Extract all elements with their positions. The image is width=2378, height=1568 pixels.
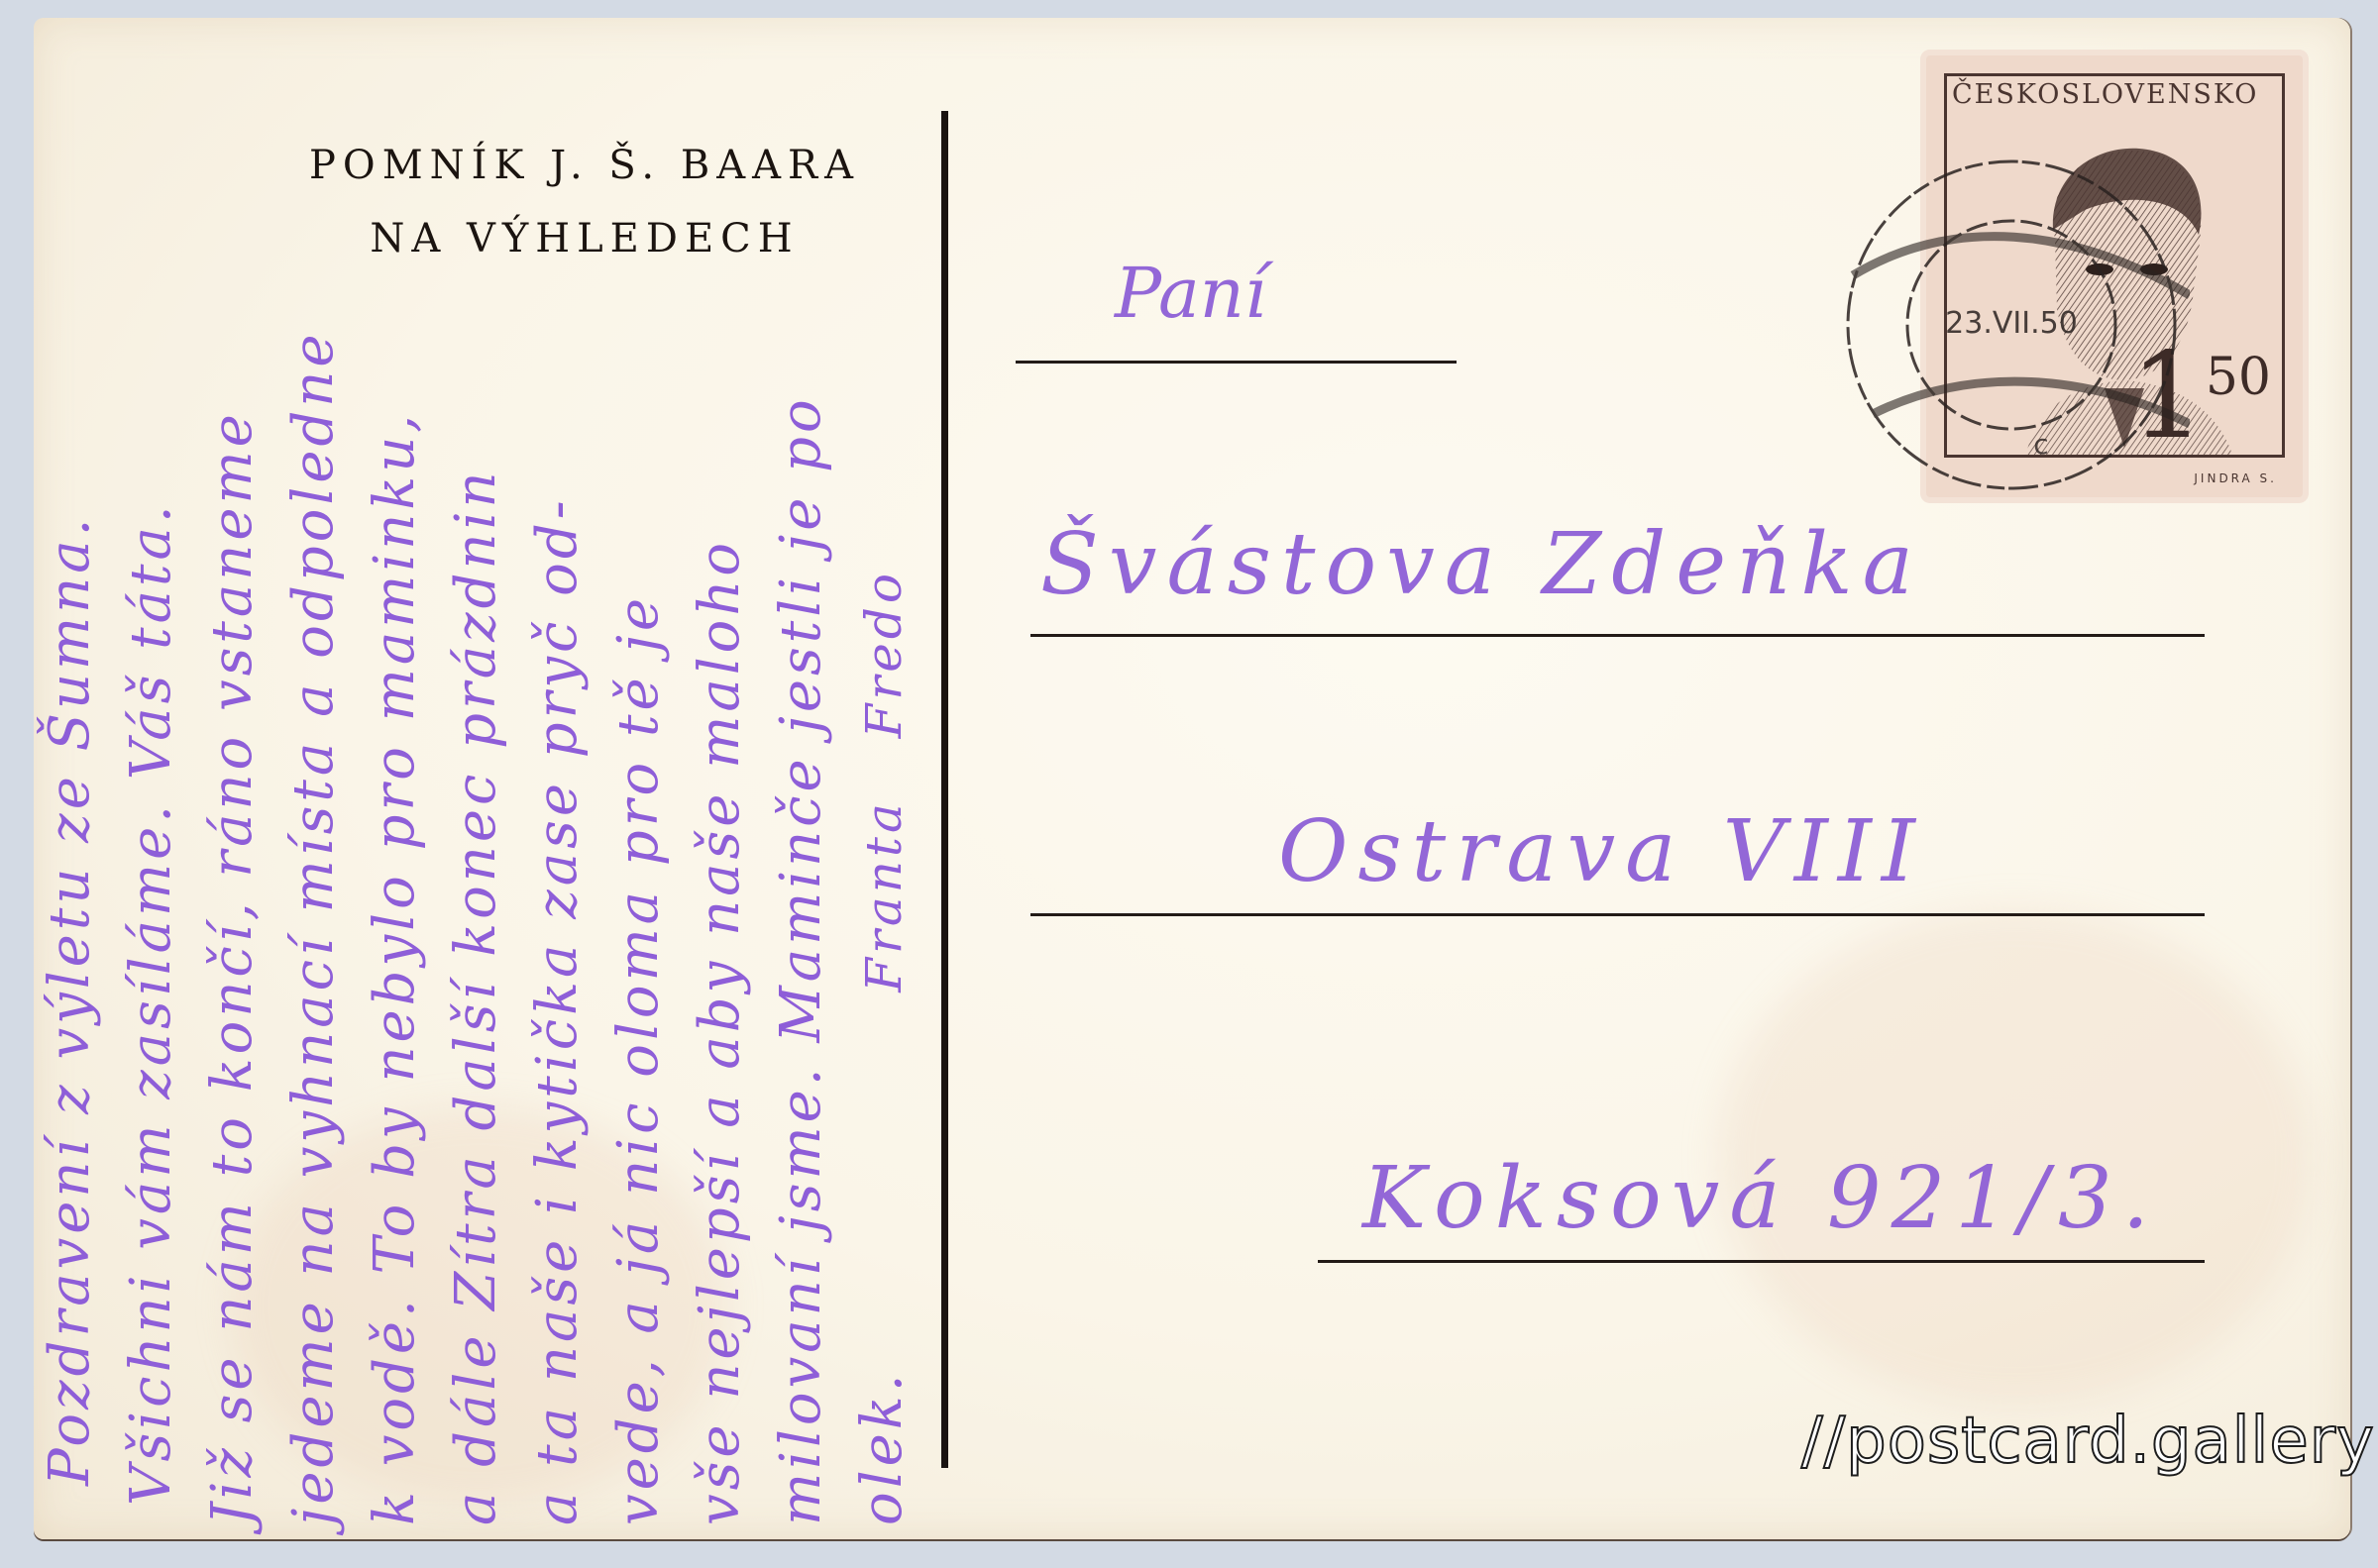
stamp-country: ČESKOSLOVENSKO <box>1952 79 2258 110</box>
address-salutation: Paní <box>1115 253 1266 334</box>
signature: Franta <box>855 799 913 993</box>
address-line-1 <box>1016 361 1457 364</box>
message-line: a ta naše i kytička zase pryč od- <box>517 208 598 1525</box>
message-line: Již se nám to končí, ráno vstaneme <box>192 208 273 1525</box>
message-line: Všichni vám zasíláme. Váš táta. <box>111 208 192 1525</box>
message-line: a dále Zítra další konec prázdnin <box>436 208 517 1525</box>
message-line: Pozdravení z výletu ze Šumna. <box>30 208 111 1525</box>
address-street: Koksová 921/3. <box>1362 1149 2159 1248</box>
message-line: milovaní jsme. Maminče jestli je po <box>761 208 842 1525</box>
stamp-designer: JINDRA S. <box>2194 471 2277 485</box>
postage-stamp: ČESKOSLOVENSKO 150 JINDRA S. <box>1926 55 2303 497</box>
message-line: olek. Franta Fredo <box>842 208 923 1525</box>
message-line: jedeme na vyhnací místa a odpoledne <box>273 208 355 1525</box>
message-line: vede, a já nic oloma pro tě je <box>598 208 680 1525</box>
address-city: Ostrava VIII <box>1278 802 1925 901</box>
address-name: Švástova Zdeňka <box>1040 515 1923 614</box>
address-line-2 <box>1030 634 2205 637</box>
message-line: k vodě. To by nebylo pro maminku, <box>355 208 436 1525</box>
divider-line <box>941 111 948 1468</box>
signature-secondary: Fredo <box>855 570 913 738</box>
stamp-value: 150 <box>2129 343 2271 452</box>
watermark: //postcard.gallery <box>1801 1405 2375 1478</box>
message-line: vše nejlepší a aby naše maloho <box>680 208 761 1525</box>
address-line-4 <box>1318 1260 2205 1263</box>
handwritten-message: Pozdravení z výletu ze Šumna. Všichni vá… <box>30 208 941 1525</box>
address-line-3 <box>1030 913 2205 916</box>
title-line-1: POMNÍK J. Š. BAARA <box>208 129 961 202</box>
message-closing: olek. <box>850 1371 915 1526</box>
